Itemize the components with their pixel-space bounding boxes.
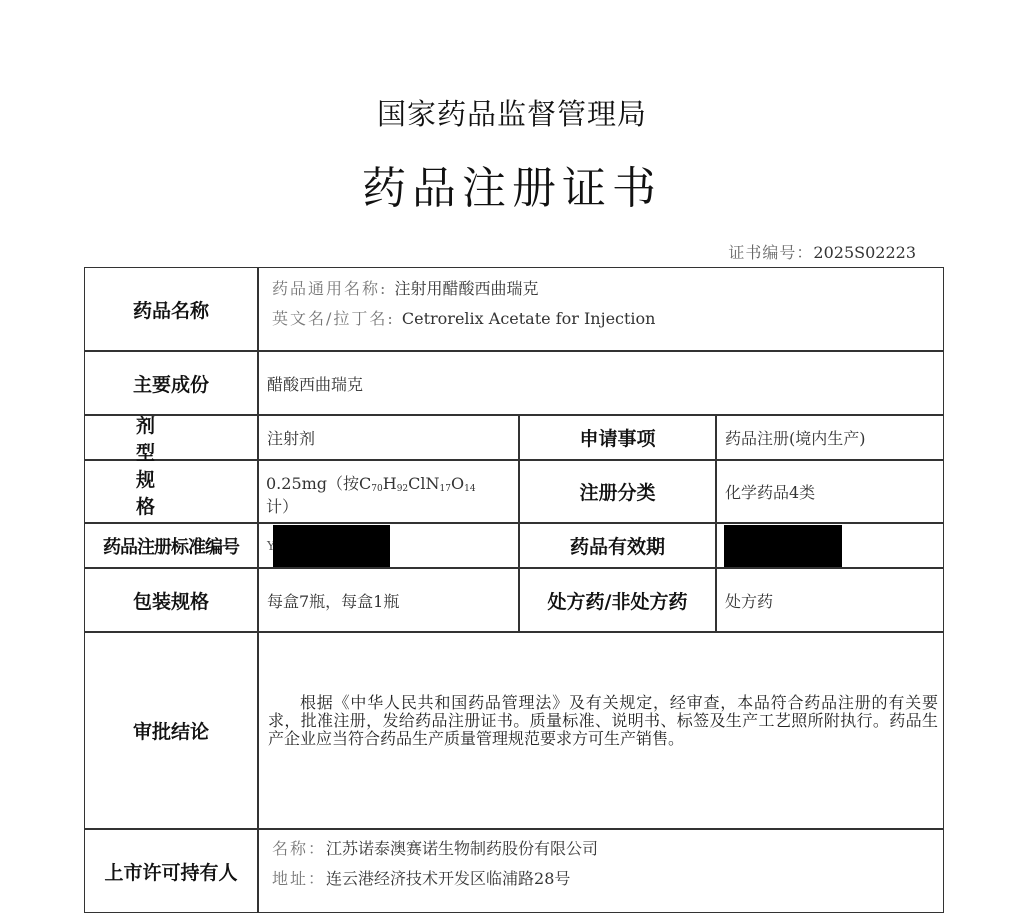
holder-name-value: 江苏诺泰澳赛诺生物制药股份有限公司 (326, 839, 598, 858)
certificate-number-value: 2025S02223 (813, 243, 916, 262)
registration-class-label: 注册分类 (519, 460, 716, 523)
formula-subscript: 92 (397, 484, 408, 494)
specification-label: 规格 (84, 460, 258, 523)
main-ingredient-value: 醋酸西曲瑞克 (258, 351, 943, 415)
registration-class-value: 化学药品4类 (716, 460, 943, 523)
formula-part: ClN (408, 474, 439, 493)
holder-values: 名称：江苏诺泰澳赛诺生物制药股份有限公司 地址：连云港经济技术开发区临浦路28号 (272, 834, 598, 894)
packaging-value: 每盒7瓶，每盒1瓶 (258, 568, 519, 632)
certificate-number-label: 证书编号： (728, 243, 813, 262)
rx-status-value: 处方药 (716, 568, 943, 632)
specification-value: 0.25mg（按C70H92ClN17O14计） (266, 475, 506, 516)
english-name-label: 英文名/拉丁名: (272, 309, 402, 328)
redaction-block (724, 525, 842, 567)
holder-name-label: 名称： (272, 839, 326, 858)
formula-part: C (359, 474, 371, 493)
standard-number-label: 药品注册标准编号 (84, 523, 258, 568)
application-item-label: 申请事项 (519, 415, 716, 460)
generic-name-label: 药品通用名称: (272, 279, 394, 298)
redaction-block (273, 525, 390, 567)
holder-address-label: 地址： (272, 869, 326, 888)
holder-address-row: 地址：连云港经济技术开发区临浦路28号 (272, 864, 598, 894)
application-item-value: 药品注册(境内生产) (716, 415, 943, 460)
packaging-label: 包装规格 (84, 568, 258, 632)
formula-subscript: 17 (440, 484, 451, 494)
document-title: 药品注册证书 (0, 152, 1024, 216)
holder-name-row: 名称：江苏诺泰澳赛诺生物制药股份有限公司 (272, 834, 598, 864)
main-ingredient-label: 主要成份 (84, 351, 258, 415)
formula-part: H (383, 474, 397, 493)
english-name-row: 英文名/拉丁名: Cetrorelix Acetate for Injectio… (272, 304, 655, 334)
conclusion-text: 根据《中华人民共和国药品管理法》及有关规定，经审查，本品符合药品注册的有关要求，… (268, 694, 938, 748)
issuing-agency: 国家药品监督管理局 (0, 92, 1024, 133)
certificate-number: 证书编号：2025S02223 (728, 240, 916, 263)
drug-name-values: 药品通用名称: 注射用醋酸西曲瑞克 英文名/拉丁名: Cetrorelix Ac… (272, 274, 655, 334)
drug-name-label: 药品名称 (84, 267, 258, 351)
english-name-value: Cetrorelix Acetate for Injection (402, 309, 656, 328)
conclusion-label: 审批结论 (84, 632, 258, 829)
generic-name-row: 药品通用名称: 注射用醋酸西曲瑞克 (272, 274, 655, 304)
specification-prefix: 0.25mg（按 (266, 474, 359, 493)
dosage-form-value: 注射剂 (258, 415, 519, 460)
dosage-form-label-text: 剂型 (84, 411, 258, 465)
validity-label: 药品有效期 (519, 523, 716, 568)
formula-subscript: 70 (371, 484, 382, 494)
generic-name-value: 注射用醋酸西曲瑞克 (394, 279, 538, 298)
formula-part: O (451, 474, 464, 493)
rx-status-label: 处方药/非处方药 (519, 568, 716, 632)
formula-subscript: 14 (464, 484, 475, 494)
specification-suffix: 计） (266, 497, 298, 516)
holder-address-value: 连云港经济技术开发区临浦路28号 (326, 869, 570, 888)
specification-label-text: 规格 (84, 465, 258, 519)
dosage-form-label: 剂型 (84, 415, 258, 460)
holder-label: 上市许可持有人 (84, 829, 258, 913)
